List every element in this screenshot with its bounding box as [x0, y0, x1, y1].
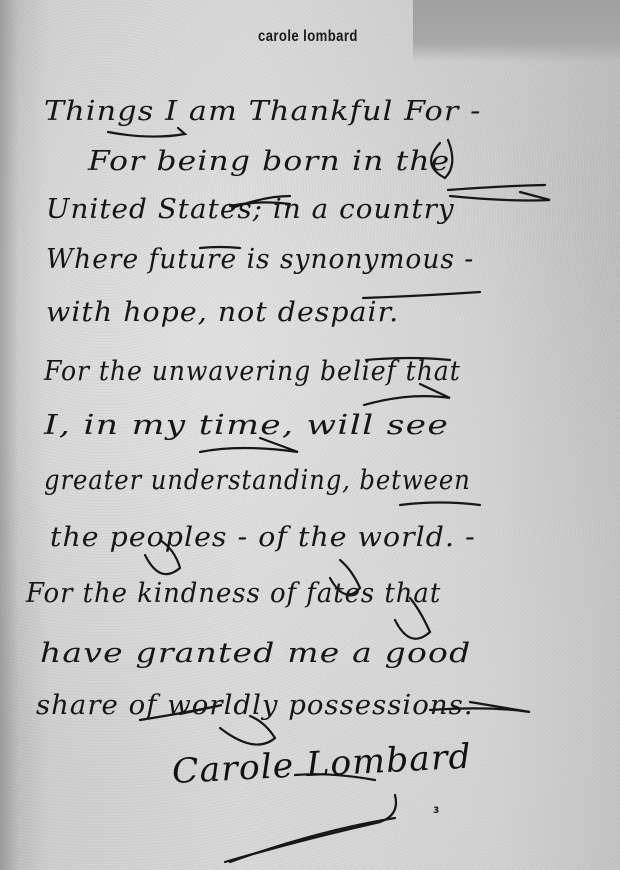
letterhead: carole lombard: [258, 28, 358, 46]
letter-line-title: Things I am Thankful For -: [44, 96, 482, 127]
letter-line: Where future is synonymous -: [46, 244, 474, 275]
letter-line: the peoples - of the world. -: [50, 522, 476, 553]
letter-line: For being born in the: [88, 146, 450, 177]
letter-line: have granted me a good: [40, 638, 471, 669]
page-mark: 3: [433, 806, 439, 816]
letter-line: For the kindness of fates that: [26, 578, 441, 609]
letter-line: greater understanding, between: [44, 465, 471, 496]
letter-line: share of worldly possessions.: [36, 690, 474, 721]
letter-line: I, in my time, will see: [44, 410, 449, 441]
letter-line: For the unwavering belief that: [44, 356, 461, 387]
scan-edge-shadow: [0, 0, 18, 870]
letter-line: with hope, not despair.: [46, 297, 399, 328]
scan-shadow-block: [413, 0, 620, 62]
letter-line: United States; in a country: [46, 194, 455, 225]
